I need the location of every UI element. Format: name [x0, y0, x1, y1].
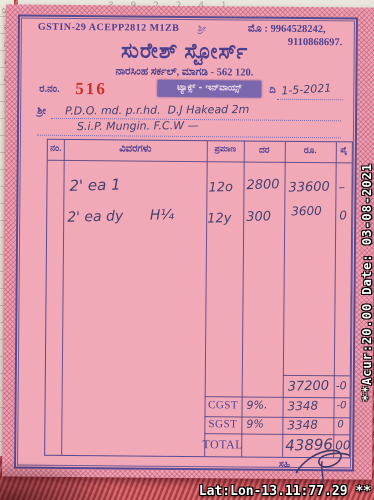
subtotal-paise: -0: [336, 379, 347, 392]
table-rule: [241, 141, 245, 456]
col-header-paise: ಪೈ: [336, 145, 352, 155]
item-paise: 0: [339, 208, 347, 222]
bill-number: 516: [75, 79, 107, 99]
col-header-qty: ಪ್ರಮಾಣ: [207, 144, 244, 154]
store-address: ನಾರಸಿಂಹ ಸರ್ಕಲ್, ಮಾಗಡಿ - 562 120.: [19, 66, 349, 81]
store-name: ಸುರೇಶ್ ಸ್ಟೋರ್ಸ್: [20, 38, 350, 66]
item-rate: 300: [246, 209, 271, 225]
customer-dotted-line2: [37, 134, 341, 139]
date-handwritten: 1-5-2021: [281, 82, 332, 98]
table-rule: [282, 142, 286, 457]
signature-icon: [294, 443, 354, 484]
item-desc: 2' ea 1: [69, 176, 121, 195]
sgst-amount: 3348: [287, 418, 318, 433]
tax-invoice-stamp: ಟ್ಯಾಕ್ಸ್ - ಇನ್‌ವಾಯ್ಸ್: [157, 80, 261, 98]
sgst-rate: 9%: [246, 417, 264, 430]
photo-stage: ಯ ವ ಡ ಗ ದ ತ ಳ ಕ ಗ 3 9 2 2 4 1 GSTIN-29 A…: [0, 0, 374, 500]
col-header-rate: ದರ: [244, 144, 285, 155]
item-amount: 33600: [288, 180, 330, 196]
cgst-paise: -0: [336, 400, 346, 411]
date-label: ದಿ: [269, 85, 276, 96]
gstin-text: GSTIN-29 ACEPP2812 M1ZB: [38, 22, 180, 34]
items-table: ನಂ. ವಿವರಗಳು ಪ್ರಮಾಣ ದರ ರೂ. ಪೈ 2' ea 1 12o…: [44, 139, 353, 459]
table-rule: [283, 375, 350, 377]
col-header-rupees: ರೂ.: [285, 145, 336, 156]
item-qty: 12o: [208, 180, 233, 196]
item-qty: 12y: [207, 211, 232, 227]
cgst-amount: 3348: [287, 399, 318, 414]
item-rate: 2800: [246, 177, 279, 193]
signature-label: ಸಹಿ: [279, 459, 290, 470]
customer-name-line1: P.D.O. md. p.r.hd. D.J Hakead 2m: [65, 103, 249, 118]
table-rule: [205, 396, 350, 398]
shri-invocation: ಶ್ರೀ: [198, 23, 206, 34]
cgst-rate: 9%.: [246, 398, 267, 412]
subtotal-amount: 37200: [288, 379, 330, 395]
item-paise: –: [338, 180, 345, 195]
sgst-label: SGST: [204, 418, 241, 430]
table-rule: [61, 140, 65, 455]
gps-accuracy-date-overlay: **Acur:20.00 Date: 03-08-2021: [360, 163, 374, 402]
item-desc: 2' ea dy H¼: [67, 207, 174, 226]
cgst-label: CGST: [205, 399, 242, 411]
customer-label: ಶ್ರೀ: [37, 106, 46, 117]
total-label: TOTAL: [202, 437, 243, 452]
invoice-paper: GSTIN-29 ACEPP2812 M1ZB ಶ್ರೀ ಮೊ : 996452…: [2, 4, 374, 479]
gps-latlon-overlay: Lat:Lon-13.11:77.29 **: [199, 484, 371, 499]
col-header-details: ವಿವರಗಳು: [64, 143, 207, 155]
col-header-no: ನಂ.: [48, 143, 64, 154]
invoice-frame: GSTIN-29 ACEPP2812 M1ZB ಶ್ರೀ ಮೊ : 996452…: [14, 14, 358, 471]
date-dotted-line: [277, 98, 343, 101]
item-amount: 3600: [291, 204, 322, 219]
bill-number-label: ರ.ನಂ.: [39, 84, 59, 95]
customer-name-line2: S.i.P. Mungin. F.C.W —: [77, 119, 199, 133]
phone-number-1: ಮೊ : 9964528242,: [248, 24, 326, 37]
table-rule: [48, 160, 352, 164]
sgst-paise: 0: [337, 419, 344, 430]
